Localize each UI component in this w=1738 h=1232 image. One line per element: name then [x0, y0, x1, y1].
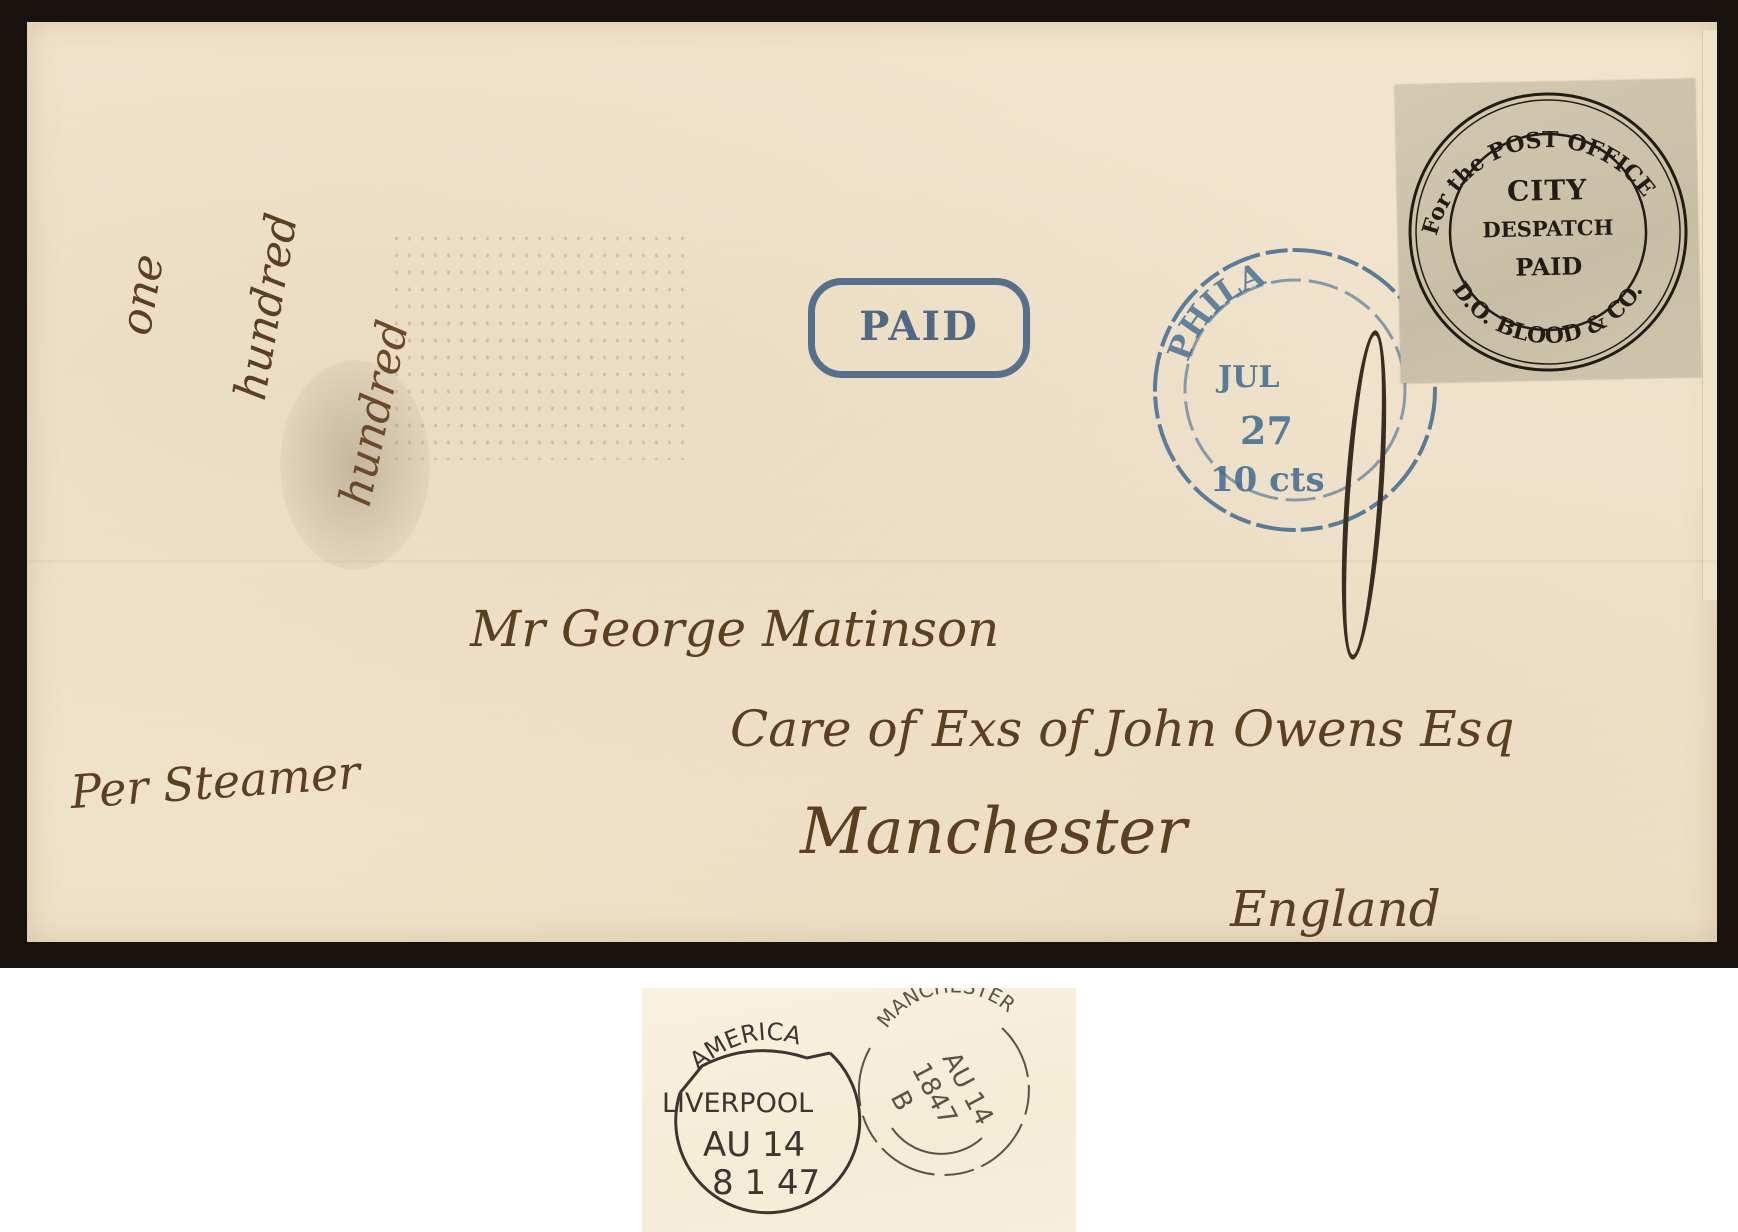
stamp-city: CITY [1397, 171, 1698, 210]
svg-text:D.O. BLOOD & CO.: D.O. BLOOD & CO. [1447, 273, 1650, 351]
paid-handstamp: PAID [808, 278, 1030, 378]
offset-ink-marks [390, 230, 690, 460]
cds-day: 27 [1240, 408, 1293, 453]
letter-fold-edge [1702, 30, 1717, 600]
svg-text:PHILA: PHILA [1160, 255, 1271, 366]
paper-crease [27, 560, 1717, 563]
liverpool-arc-text: AMERICA [684, 1018, 804, 1075]
liverpool-year: 8 1 47 [712, 1163, 820, 1203]
svg-text:AMERICA: AMERICA [684, 1018, 804, 1075]
stamp-bottom-arc-text: D.O. BLOOD & CO. [1447, 273, 1650, 351]
manchester-letter: B [884, 1086, 919, 1116]
address-line-3: Manchester [800, 795, 1187, 869]
cds-rate: 10 cts [1210, 460, 1325, 500]
paid-handstamp-text: PAID [815, 303, 1023, 350]
address-line-2: Care of Exs of John Owens Esq [730, 700, 1514, 758]
liverpool-town: LIVERPOOL [662, 1088, 813, 1119]
svg-text:MANCHESTER: MANCHESTER [872, 988, 1020, 1032]
blood-city-despatch-stamp: For the POST OFFICE D.O. BLOOD & CO. CIT… [1395, 79, 1701, 383]
liverpool-date: AU 14 [703, 1125, 805, 1165]
address-line-4: England [1230, 880, 1441, 938]
address-line-1: Mr George Matinson [470, 600, 999, 658]
cds-town-text: PHILA [1160, 255, 1271, 366]
manchester-arc-text: MANCHESTER [872, 988, 1020, 1032]
cds-month: JUL [1218, 360, 1279, 395]
